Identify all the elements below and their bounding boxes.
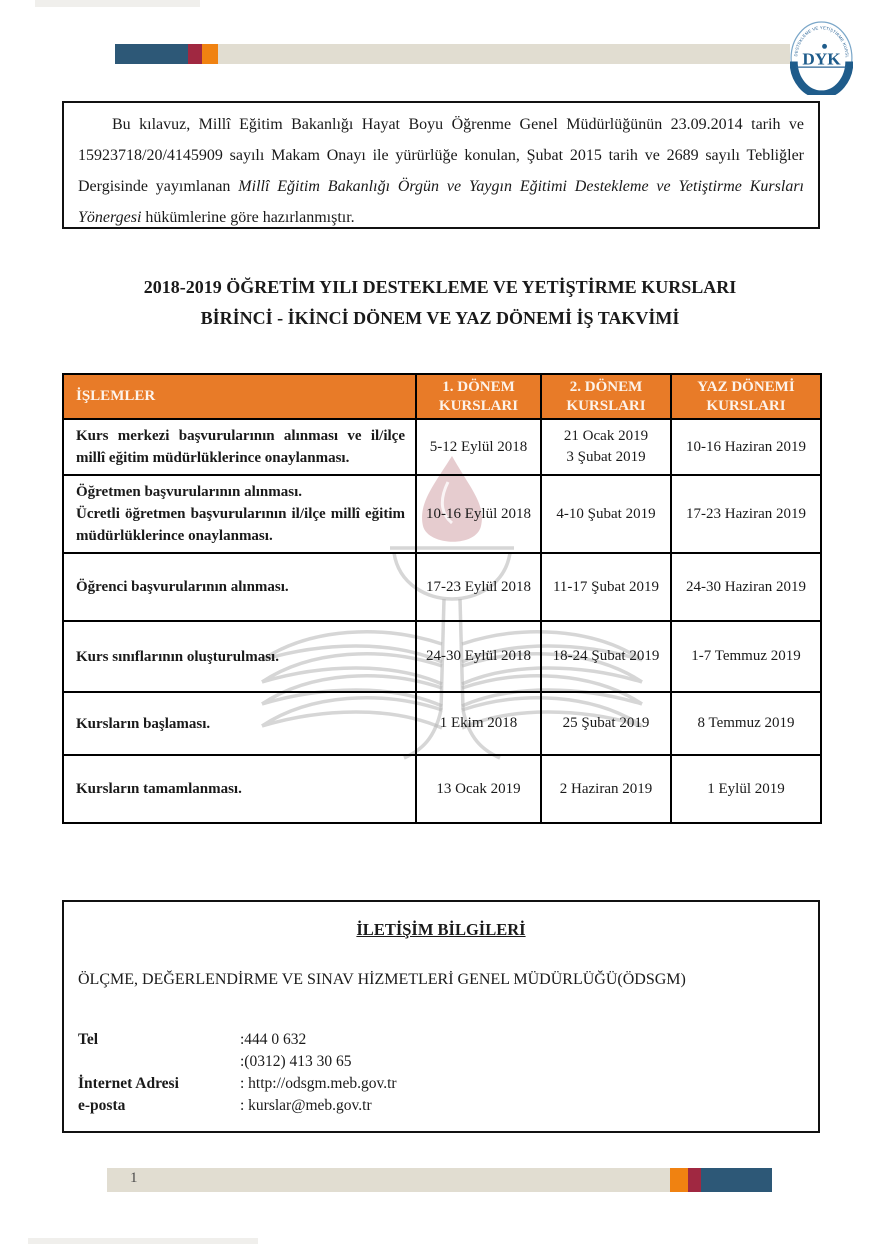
cell-islem: Öğretmen başvurularının alınması. Ücretl… <box>63 475 416 553</box>
table-row: Kursların tamamlanması. 13 Ocak 2019 2 H… <box>63 755 821 823</box>
table-header-row: İŞLEMLER 1. DÖNEM KURSLARI 2. DÖNEM KURS… <box>63 374 821 419</box>
cell-donem2: 25 Şubat 2019 <box>541 692 671 755</box>
header-bar-orange <box>202 44 218 64</box>
table-row: Öğrenci başvurularının alınması. 17-23 E… <box>63 553 821 621</box>
table-row: Kurs merkezi başvurularının alınması ve … <box>63 419 821 475</box>
footer-bar-blue <box>701 1168 772 1192</box>
cell-donem2: 4-10 Şubat 2019 <box>541 475 671 553</box>
cell-donem1: 1 Ekim 2018 <box>416 692 541 755</box>
title-line-2: BİRİNCİ - İKİNCİ DÖNEM VE YAZ DÖNEMİ İŞ … <box>0 303 880 334</box>
svg-text:DYK: DYK <box>802 50 841 69</box>
contact-value-tel-2: :(0312) 413 30 65 <box>240 1051 804 1073</box>
contact-label-blank <box>78 1051 240 1073</box>
cell-donem1: 10-16 Eylül 2018 <box>416 475 541 553</box>
page-number: 1 <box>130 1170 138 1187</box>
cell-donem2: 21 Ocak 2019 3 Şubat 2019 <box>541 419 671 475</box>
cell-donem2: 11-17 Şubat 2019 <box>541 553 671 621</box>
column-header-yaz: YAZ DÖNEMİ KURSLARI <box>671 374 821 419</box>
cell-donem1: 13 Ocak 2019 <box>416 755 541 823</box>
cell-donem2: 18-24 Şubat 2019 <box>541 621 671 692</box>
contact-rows: Tel :444 0 632 :(0312) 413 30 65 İnterne… <box>78 1029 804 1117</box>
cell-yaz: 17-23 Haziran 2019 <box>671 475 821 553</box>
cell-donem1: 24-30 Eylül 2018 <box>416 621 541 692</box>
document-page: DESTEKLEME VE YETİŞTİRME KURSLARI DYK Bu… <box>0 0 880 1244</box>
title-line-1: 2018-2019 ÖĞRETİM YILI DESTEKLEME VE YET… <box>0 272 880 303</box>
cell-yaz: 24-30 Haziran 2019 <box>671 553 821 621</box>
table-row: Kursların başlaması. 1 Ekim 2018 25 Şuba… <box>63 692 821 755</box>
page-edge-artifact-top <box>35 0 200 7</box>
cell-islem: Kurs merkezi başvurularının alınması ve … <box>63 419 416 475</box>
header-bar-maroon <box>188 44 202 64</box>
cell-donem1: 5-12 Eylül 2018 <box>416 419 541 475</box>
dyk-logo-icon: DESTEKLEME VE YETİŞTİRME KURSLARI DYK <box>790 21 853 95</box>
column-header-donem1: 1. DÖNEM KURSLARI <box>416 374 541 419</box>
cell-yaz: 10-16 Haziran 2019 <box>671 419 821 475</box>
table-row: Öğretmen başvurularının alınması. Ücretl… <box>63 475 821 553</box>
column-header-donem2: 2. DÖNEM KURSLARI <box>541 374 671 419</box>
column-header-islemler: İŞLEMLER <box>63 374 416 419</box>
intro-box: Bu kılavuz, Millî Eğitim Bakanlığı Hayat… <box>62 101 820 229</box>
header-bar-beige <box>218 44 790 64</box>
footer-bar-maroon <box>688 1168 701 1192</box>
cell-donem2: 2 Haziran 2019 <box>541 755 671 823</box>
contact-label-tel: Tel <box>78 1029 240 1051</box>
contact-organization: ÖLÇME, DEĞERLENDİRME VE SINAV HİZMETLERİ… <box>78 971 804 989</box>
contact-value-eposta: : kurslar@meb.gov.tr <box>240 1095 804 1117</box>
document-title: 2018-2019 ÖĞRETİM YILI DESTEKLEME VE YET… <box>0 272 880 334</box>
page-edge-artifact-bottom <box>28 1238 258 1244</box>
table-row: Kurs sınıflarının oluşturulması. 24-30 E… <box>63 621 821 692</box>
contact-title: İLETİŞİM BİLGİLERİ <box>78 920 804 940</box>
intro-paragraph: Bu kılavuz, Millî Eğitim Bakanlığı Hayat… <box>78 109 804 229</box>
cell-yaz: 1 Eylül 2019 <box>671 755 821 823</box>
contact-label-internet: İnternet Adresi <box>78 1073 240 1095</box>
header-bar-blue <box>115 44 188 64</box>
intro-text-2: hükümlerine göre hazırlanmıştır. <box>141 209 354 226</box>
cell-yaz: 1-7 Temmuz 2019 <box>671 621 821 692</box>
schedule-table: İŞLEMLER 1. DÖNEM KURSLARI 2. DÖNEM KURS… <box>62 373 822 824</box>
cell-islem: Öğrenci başvurularının alınması. <box>63 553 416 621</box>
contact-value-internet: : http://odsgm.meb.gov.tr <box>240 1073 804 1095</box>
cell-islem: Kursların başlaması. <box>63 692 416 755</box>
cell-islem: Kurs sınıflarının oluşturulması. <box>63 621 416 692</box>
contact-box: İLETİŞİM BİLGİLERİ ÖLÇME, DEĞERLENDİRME … <box>62 900 820 1133</box>
contact-value-tel: :444 0 632 <box>240 1029 804 1051</box>
footer-bar-beige <box>107 1168 670 1192</box>
cell-islem: Kursların tamamlanması. <box>63 755 416 823</box>
cell-yaz: 8 Temmuz 2019 <box>671 692 821 755</box>
cell-donem1: 17-23 Eylül 2018 <box>416 553 541 621</box>
footer-bar-orange <box>670 1168 688 1192</box>
contact-label-eposta: e-posta <box>78 1095 240 1117</box>
